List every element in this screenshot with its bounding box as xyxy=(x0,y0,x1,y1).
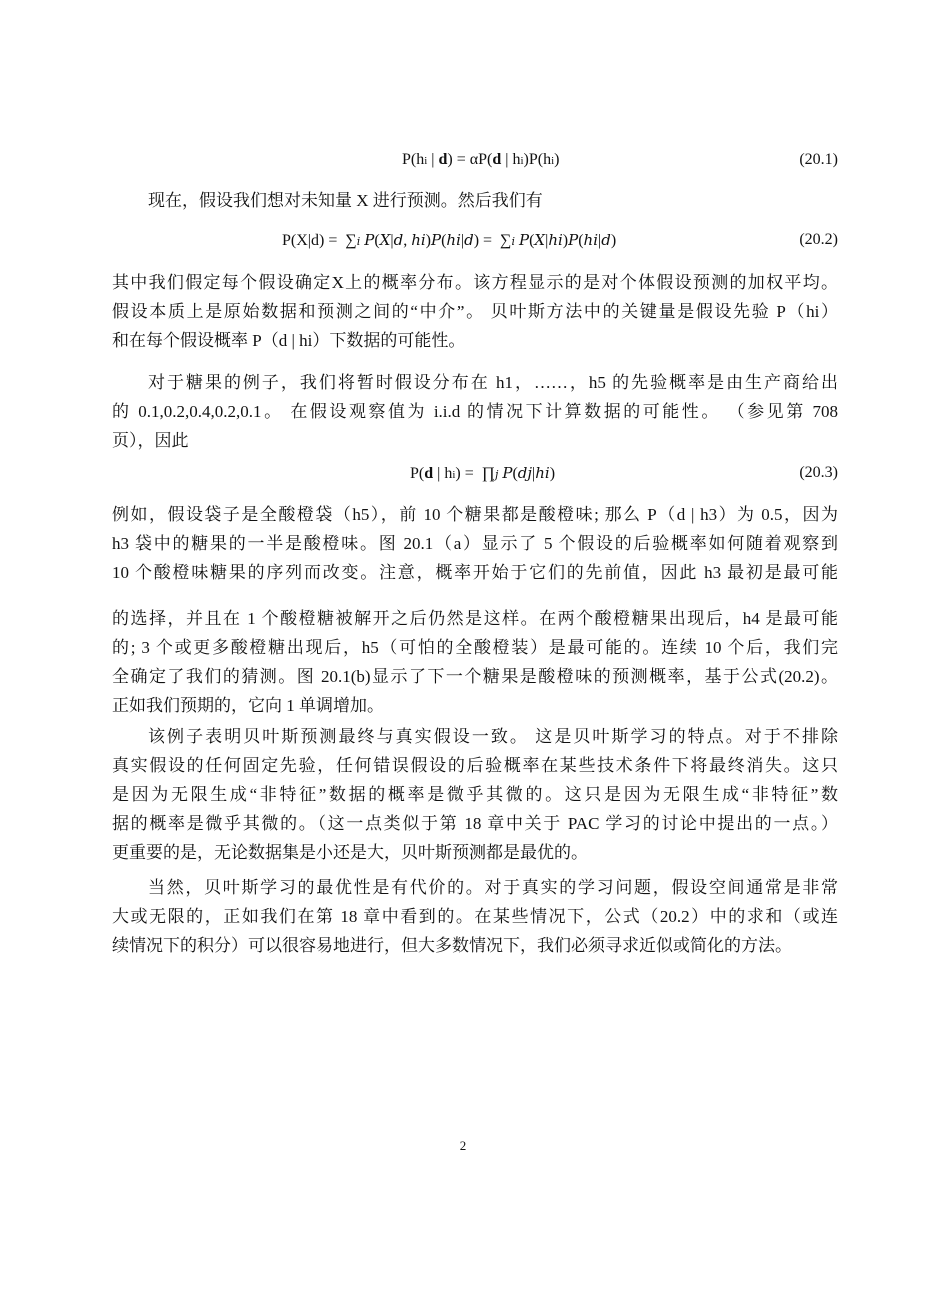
paragraph-line: 的选择，并且在 1 个酸橙糖被解开之后仍然是这样。在两个酸橙糖果出现后，h4 是… xyxy=(112,604,838,633)
paragraph-line: 的 0.1,0.2,0.4,0.2,0.1。 在假设观察值为 i.i.d 的情况… xyxy=(112,397,838,426)
equation-number-20-3: (20.3) xyxy=(799,461,838,485)
paragraph-line: 据的概率是微乎其微的。（这一点类似于第 18 章中关于 PAC 学习的讨论中提出… xyxy=(112,809,838,838)
equation-20-2: P(X|d) = ∑i P(X|d, hi)P(hi|d) = ∑i P(X|h… xyxy=(282,228,616,254)
equation-20-1: P(hi | d) = αP(d | hi)P(hi) xyxy=(402,148,560,173)
paragraph-line: 当然，贝叶斯学习的最优性是有代价的。对于真实的学习问题，假设空间通常是非常 xyxy=(148,873,838,902)
paragraph-line: 对于糖果的例子，我们将暂时假设分布在 h1，……，h5 的先验概率是由生产商给出 xyxy=(148,368,838,397)
document-page: P(hi | d) = αP(d | hi)P(hi) (20.1) 现在，假设… xyxy=(0,0,926,1309)
paragraph-line: 是因为无限生成“非特征”数据的概率是微乎其微的。这只是因为无限生成“非特征”数 xyxy=(112,780,838,809)
paragraph-line: 的; 3 个或更多酸橙糖出现后，h5（可怕的全酸橙装）是最可能的。连续 10 个… xyxy=(112,633,838,662)
paragraph-line: 假设本质上是原始数据和预测之间的“中介”。 贝叶斯方法中的关键量是假设先验 P（… xyxy=(112,297,838,326)
paragraph-line: 续情况下的积分）可以很容易地进行，但大多数情况下，我们必须寻求近似或简化的方法。 xyxy=(112,931,838,960)
equation-number-20-1: (20.1) xyxy=(799,148,838,172)
equation-20-3: P(d | hi) = ∏j P(dj|hi) xyxy=(410,461,555,487)
equation-number-20-2: (20.2) xyxy=(799,228,838,252)
paragraph-line: 例如，假设袋子是全酸橙袋（h5），前 10 个糖果都是酸橙味; 那么 P（d |… xyxy=(112,500,838,529)
paragraph-line: 页），因此 xyxy=(112,426,838,455)
paragraph-line: 真实假设的任何固定先验，任何错误假设的后验概率在某些技术条件下将最终消失。这只 xyxy=(112,751,838,780)
paragraph-line: 和在每个假设概率 P（d | hi）下数据的可能性。 xyxy=(112,326,838,355)
paragraph-line: 大或无限的，正如我们在第 18 章中看到的。在某些情况下，公式（20.2）中的求… xyxy=(112,902,838,931)
paragraph-line: 现在，假设我们想对未知量 X 进行预测。然后我们有 xyxy=(148,186,838,215)
paragraph-line: 更重要的是，无论数据集是小还是大，贝叶斯预测都是最优的。 xyxy=(112,838,838,867)
paragraph-line: 正如我们预期的，它向 1 单调增加。 xyxy=(112,691,838,720)
paragraph-line: 10 个酸橙味糖果的序列而改变。注意，概率开始于它们的先前值，因此 h3 最初是… xyxy=(112,558,838,587)
paragraph-line: h3 袋中的糖果的一半是酸橙味。图 20.1（a）显示了 5 个假设的后验概率如… xyxy=(112,529,838,558)
paragraph-line: 该例子表明贝叶斯预测最终与真实假设一致。 这是贝叶斯学习的特点。对于不排除 xyxy=(148,722,838,751)
paragraph-line: 全确定了我们的猜测。图 20.1(b)显示了下一个糖果是酸橙味的预测概率，基于公… xyxy=(112,662,838,691)
paragraph-line: 其中我们假定每个假设确定X上的概率分布。该方程显示的是对个体假设预测的加权平均。 xyxy=(112,268,838,297)
page-number: 2 xyxy=(0,1138,926,1154)
